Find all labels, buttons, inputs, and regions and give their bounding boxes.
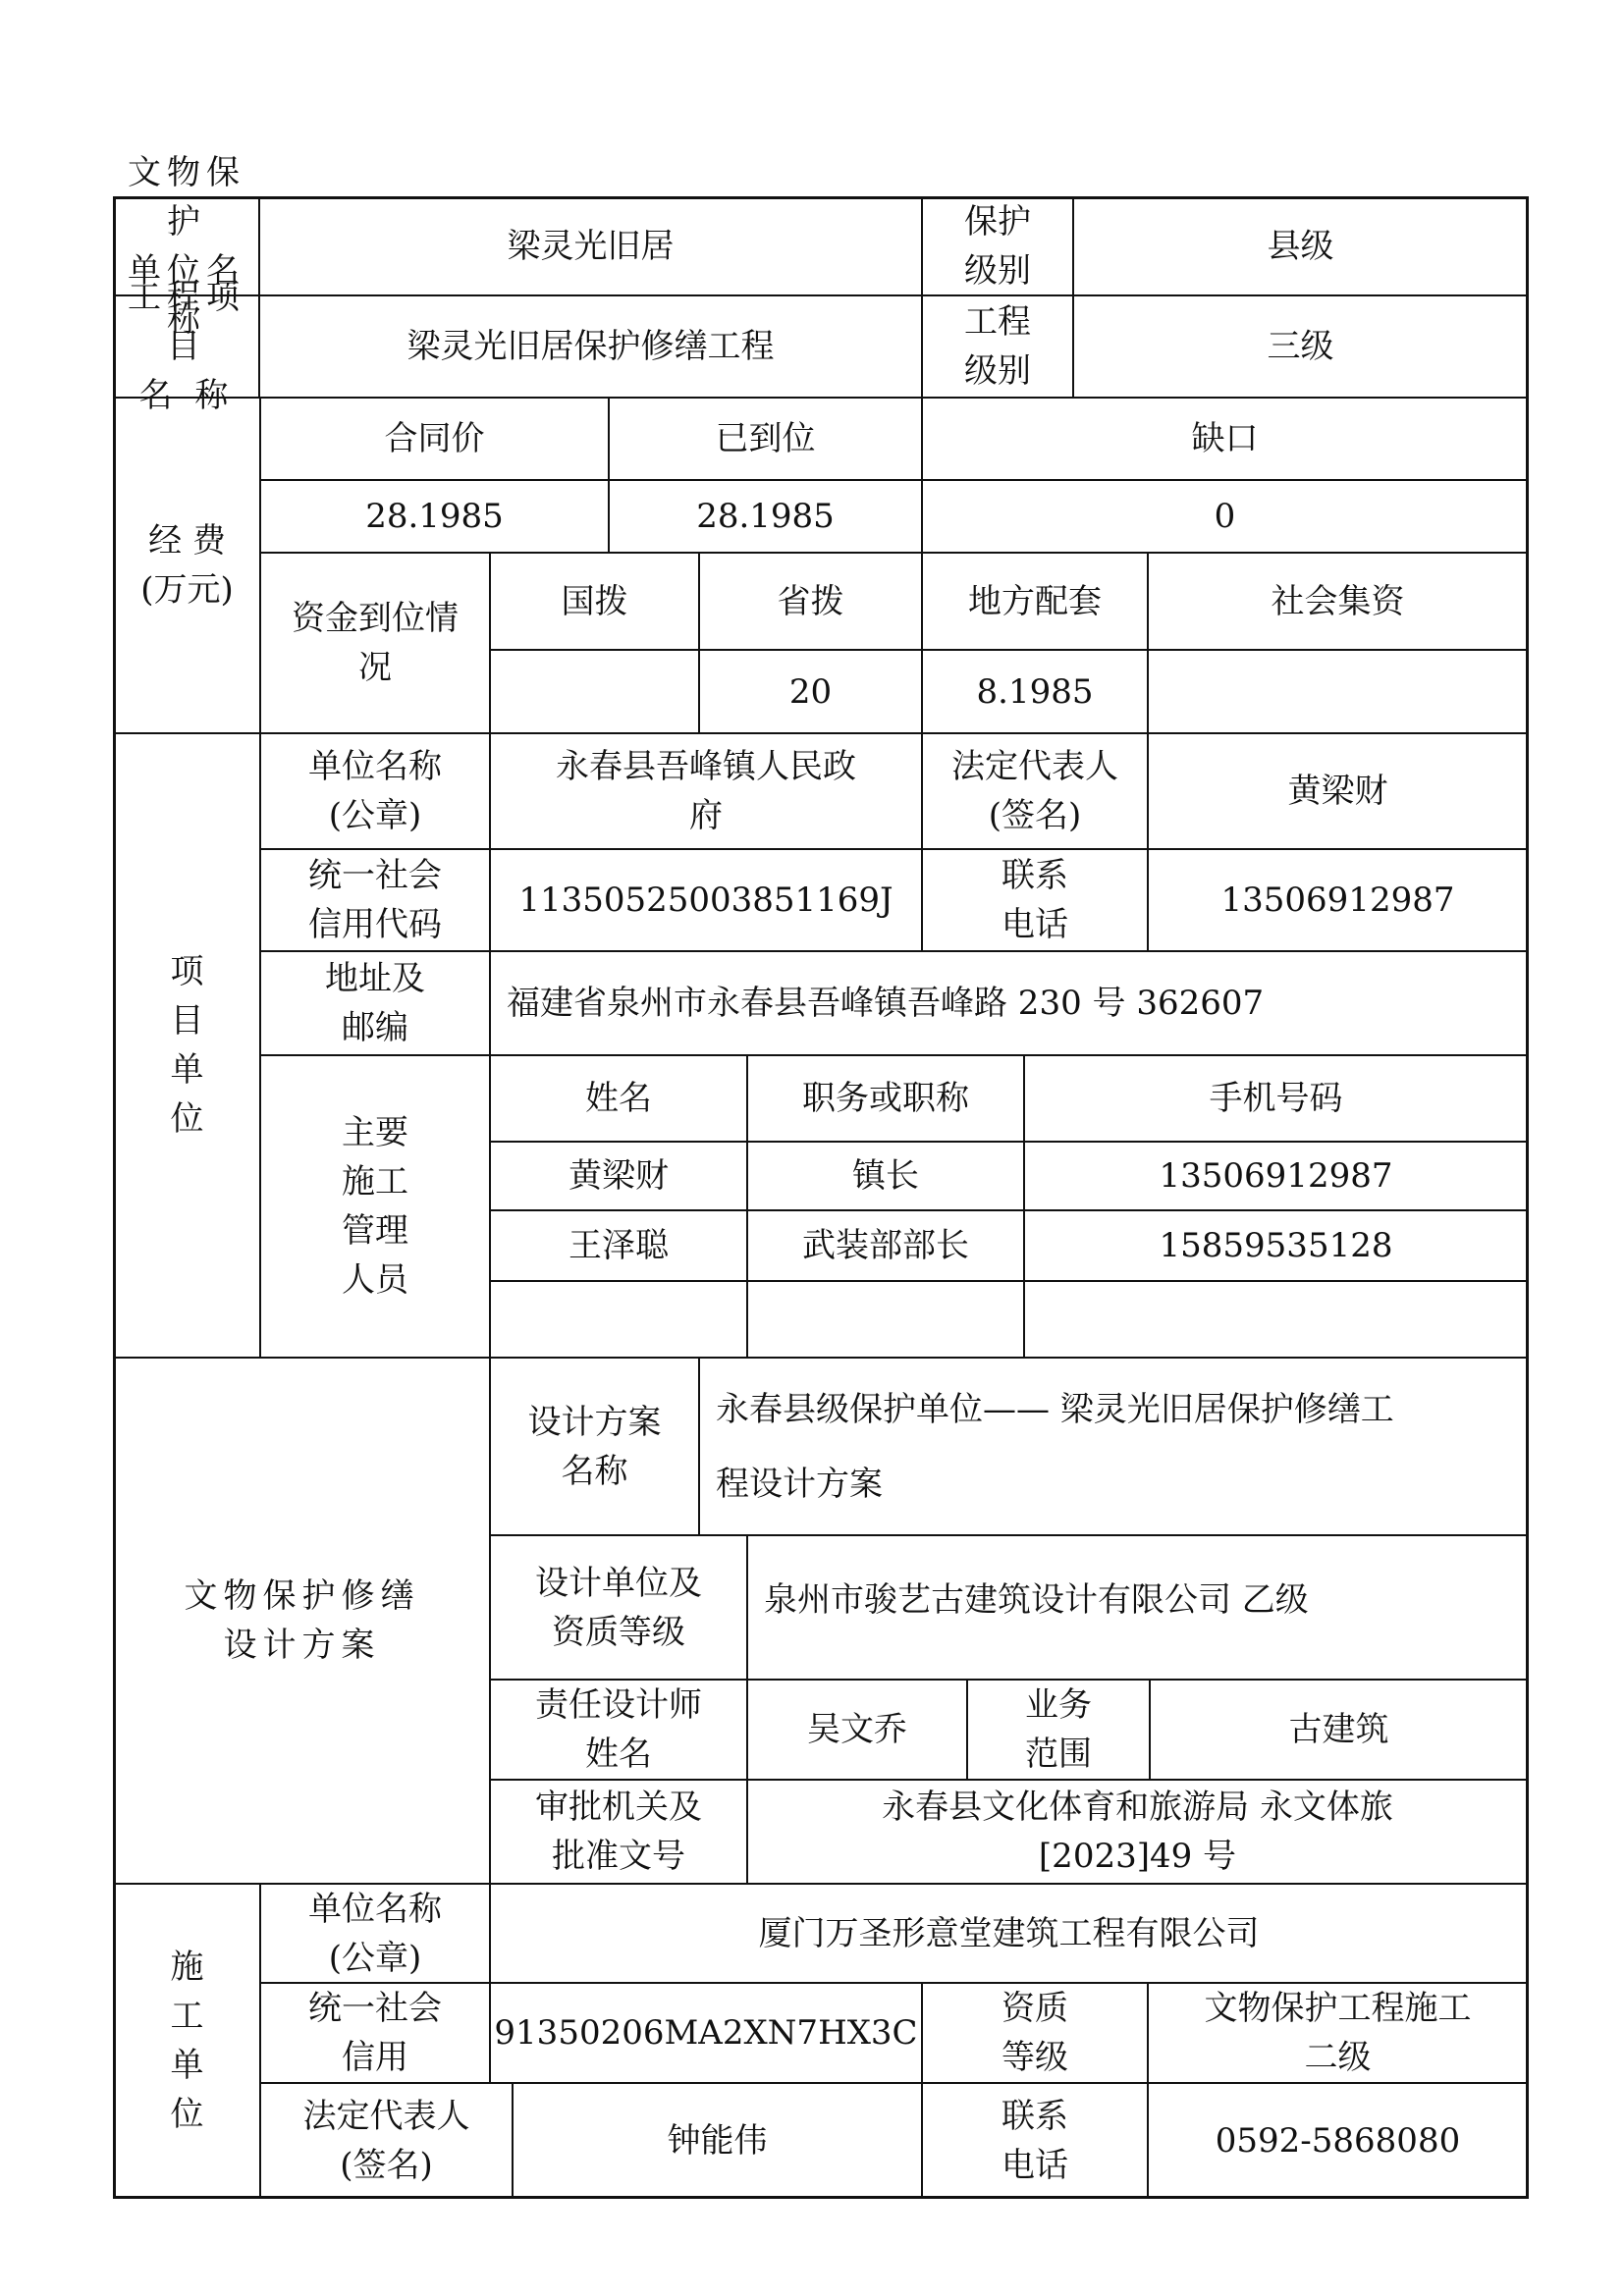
construction-phone-value: 0592-5868080	[1147, 2082, 1529, 2199]
funding-header-arrived: 已到位	[608, 397, 923, 481]
source-value-local: 8.1985	[921, 649, 1149, 734]
project-unit-section-label: 项 目 单 位	[113, 732, 261, 1359]
manager-row-1-name: 黄梁财	[489, 1141, 748, 1211]
project-legal-rep-label: 法定代表人 (签名)	[921, 732, 1149, 850]
project-name-label: 工程项目 名 称	[113, 294, 260, 399]
funding-value-gap: 0	[921, 479, 1529, 554]
managers-header-title: 职务或职称	[746, 1054, 1025, 1143]
construction-credit-value: 91350206MA2XN7HX3C	[489, 1982, 923, 2084]
design-plan-name-label: 设计方案 名称	[489, 1357, 700, 1536]
designer-label: 责任设计师 姓名	[489, 1679, 748, 1781]
managers-label: 主要 施工 管理 人员	[259, 1054, 491, 1359]
construction-section-label: 施 工 单 位	[113, 1883, 261, 2199]
design-section-label: 文物保护修缮 设计方案	[113, 1357, 491, 1885]
construction-unit-name-label: 单位名称 (公章)	[259, 1883, 491, 1984]
project-legal-rep-value: 黄梁财	[1147, 732, 1529, 850]
funding-value-arrived: 28.1985	[608, 479, 923, 554]
project-address-label: 地址及 邮编	[259, 950, 491, 1056]
project-phone-label: 联系 电话	[921, 848, 1149, 952]
managers-header-name: 姓名	[489, 1054, 748, 1143]
designer-value: 吴文乔	[746, 1679, 968, 1781]
source-value-provincial: 20	[698, 649, 923, 734]
manager-row-1-title: 镇长	[746, 1141, 1025, 1211]
project-level-value: 三级	[1072, 294, 1529, 399]
project-address-value: 福建省泉州市永春县吾峰镇吾峰路 230 号 362607	[489, 950, 1529, 1056]
project-credit-code-value: 11350525003851169J	[489, 848, 923, 952]
manager-row-3-name	[489, 1280, 748, 1359]
manager-row-2-title: 武装部部长	[746, 1209, 1025, 1282]
managers-header-mobile: 手机号码	[1023, 1054, 1529, 1143]
manager-row-3-title	[746, 1280, 1025, 1359]
project-phone-value: 13506912987	[1147, 848, 1529, 952]
construction-legal-rep-label: 法定代表人 (签名)	[259, 2082, 514, 2199]
protection-level-value: 县级	[1072, 196, 1529, 296]
project-name-value: 梁灵光旧居保护修缮工程	[258, 294, 923, 399]
source-header-provincial: 省拨	[698, 552, 923, 651]
source-header-local: 地方配套	[921, 552, 1149, 651]
construction-phone-label: 联系 电话	[921, 2082, 1149, 2199]
approval-label: 审批机关及 批准文号	[489, 1779, 748, 1885]
funding-section-label: 经 费 (万元)	[113, 397, 261, 734]
funding-header-gap: 缺口	[921, 397, 1529, 481]
construction-qualification-label: 资质 等级	[921, 1982, 1149, 2084]
construction-credit-label: 统一社会 信用	[259, 1982, 491, 2084]
approval-value: 永春县文化体育和旅游局 永文体旅 [2023]49 号	[746, 1779, 1529, 1885]
design-unit-value: 泉州市骏艺古建筑设计有限公司 乙级	[746, 1534, 1529, 1681]
construction-legal-rep-value: 钟能伟	[512, 2082, 923, 2199]
site-name-value: 梁灵光旧居	[258, 196, 923, 296]
design-plan-name-value: 永春县级保护单位—— 梁灵光旧居保护修缮工 程设计方案	[698, 1357, 1529, 1536]
construction-unit-name-value: 厦门万圣形意堂建筑工程有限公司	[489, 1883, 1529, 1984]
project-level-label: 工程 级别	[921, 294, 1074, 399]
source-header-national: 国拨	[489, 552, 700, 651]
manager-row-3-mobile	[1023, 1280, 1529, 1359]
funding-value-contract: 28.1985	[259, 479, 610, 554]
source-header-social: 社会集资	[1147, 552, 1529, 651]
manager-row-2-name: 王泽聪	[489, 1209, 748, 1282]
funding-arrival-label: 资金到位情 况	[259, 552, 491, 734]
protection-level-label: 保护 级别	[921, 196, 1074, 296]
manager-row-2-mobile: 15859535128	[1023, 1209, 1529, 1282]
funding-header-contract: 合同价	[259, 397, 610, 481]
project-unit-name-value: 永春县吾峰镇人民政 府	[489, 732, 923, 850]
source-value-social	[1147, 649, 1529, 734]
source-value-national	[489, 649, 700, 734]
manager-row-1-mobile: 13506912987	[1023, 1141, 1529, 1211]
design-unit-label: 设计单位及 资质等级	[489, 1534, 748, 1681]
project-unit-name-label: 单位名称 (公章)	[259, 732, 491, 850]
scope-label: 业务 范围	[966, 1679, 1151, 1781]
scope-value: 古建筑	[1149, 1679, 1529, 1781]
construction-qualification-value: 文物保护工程施工 二级	[1147, 1982, 1529, 2084]
project-credit-code-label: 统一社会 信用代码	[259, 848, 491, 952]
